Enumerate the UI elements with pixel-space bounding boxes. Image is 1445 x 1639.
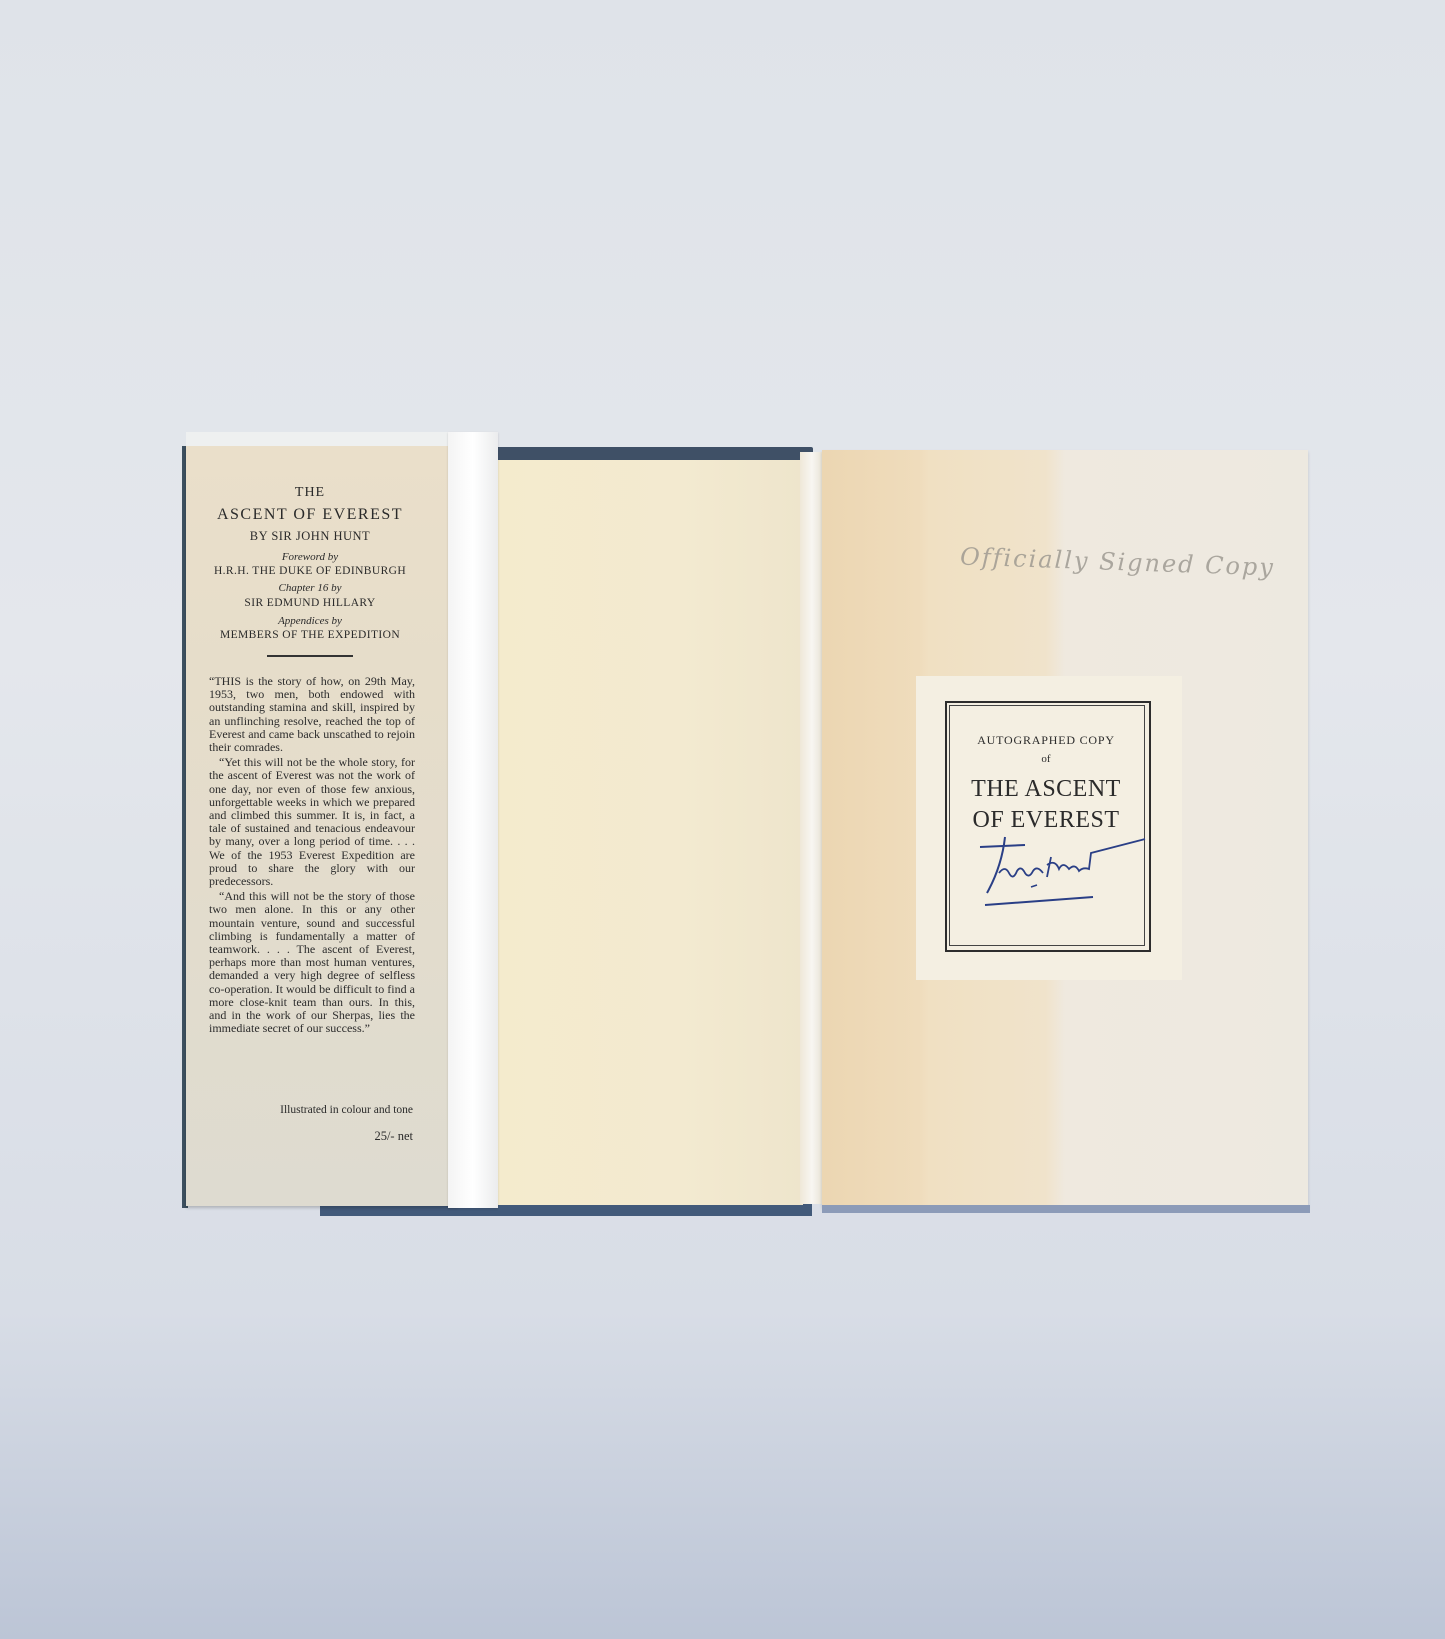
flap-divider bbox=[267, 655, 353, 657]
flap-chapter-by: SIR EDMUND HILLARY bbox=[200, 597, 420, 609]
flap-appendices-by: MEMBERS OF THE EXPEDITION bbox=[200, 629, 420, 641]
front-pastedown bbox=[497, 460, 803, 1205]
flap-chapter-label: Chapter 16 by bbox=[200, 582, 420, 594]
label-autographed-copy: AUTOGRAPHED COPY bbox=[949, 733, 1143, 748]
flap-heading-the: THE bbox=[200, 485, 420, 501]
signature-icon bbox=[975, 835, 1155, 915]
flap-author: BY SIR JOHN HUNT bbox=[200, 529, 420, 544]
flap-heading-title: ASCENT OF EVEREST bbox=[200, 506, 420, 524]
page-edge-shadow bbox=[822, 1205, 1310, 1213]
flap-foreword-label: Foreword by bbox=[200, 551, 420, 563]
mylar-protector-fold bbox=[448, 432, 498, 1208]
book-hinge bbox=[800, 452, 824, 1204]
label-of: of bbox=[949, 753, 1143, 765]
blurb-paragraph: “Yet this will not be the whole story, f… bbox=[209, 756, 415, 888]
flap-appendices-label: Appendices by bbox=[200, 615, 420, 627]
blurb-paragraph: “And this will not be the story of those… bbox=[209, 890, 415, 1035]
flap-price: 25/- net bbox=[300, 1129, 413, 1144]
flap-foreword-by: H.R.H. THE DUKE OF EDINBURGH bbox=[200, 565, 420, 577]
label-title-line1: THE ASCENT bbox=[949, 776, 1143, 803]
flap-illustrated-note: Illustrated in colour and tone bbox=[200, 1104, 413, 1116]
flap-blurb: “THIS is the story of how, on 29th May, … bbox=[209, 675, 415, 1037]
blurb-paragraph: “THIS is the story of how, on 29th May, … bbox=[209, 675, 415, 754]
label-title-line2: OF EVEREST bbox=[949, 807, 1143, 834]
